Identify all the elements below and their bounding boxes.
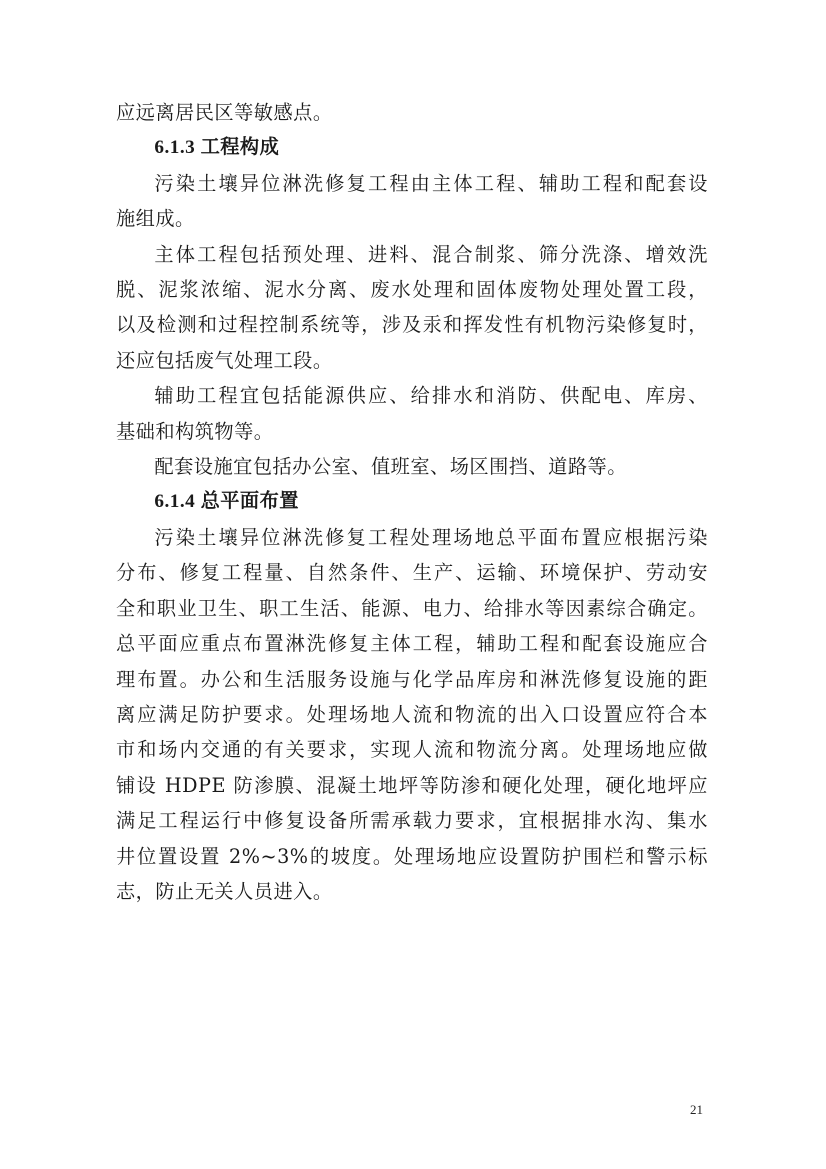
text-line: 以及检测和过程控制系统等，涉及汞和挥发性有机物污染修复时， — [116, 307, 708, 342]
page-number: 21 — [690, 1102, 703, 1118]
text-line: 总平面应重点布置淋洗修复主体工程，辅助工程和配套设施应合 — [116, 626, 708, 661]
paragraph-supporting-facilities: 配套设施宜包括办公室、值班室、场区围挡、道路等。 — [116, 449, 708, 484]
section-heading-6-1-4: 6.1.4 总平面布置 — [116, 484, 708, 519]
text-line: 施组成。 — [116, 201, 708, 236]
text-line: 污染土壤异位淋洗修复工程处理场地总平面布置应根据污染 — [116, 520, 708, 555]
text-line: 井位置设置 2%~3%的坡度。处理场地应设置防护围栏和警示标 — [116, 839, 708, 874]
text-line: 脱、泥浆浓缩、泥水分离、废水处理和固体废物处理处置工段， — [116, 272, 708, 307]
text-line: 离应满足防护要求。处理场地人流和物流的出入口设置应符合本 — [116, 697, 708, 732]
text-line: 市和场内交通的有关要求，实现人流和物流分离。处理场地应做 — [116, 732, 708, 767]
text-line: 污染土壤异位淋洗修复工程由主体工程、辅助工程和配套设 — [116, 166, 708, 201]
text-line: 分布、修复工程量、自然条件、生产、运输、环境保护、劳动安 — [116, 555, 708, 590]
paragraph-main-works: 主体工程包括预处理、进料、混合制浆、筛分洗涤、增效洗 脱、泥浆浓缩、泥水分离、废… — [116, 237, 708, 379]
text-line: 志，防止无关人员进入。 — [116, 874, 708, 909]
document-page: 应远离居民区等敏感点。 6.1.3 工程构成 污染土壤异位淋洗修复工程由主体工程… — [0, 0, 826, 1169]
text-line: 辅助工程宜包括能源供应、给排水和消防、供配电、库房、 — [116, 378, 708, 413]
text-line: 理布置。办公和生活服务设施与化学品库房和淋洗修复设施的距 — [116, 662, 708, 697]
text-line: 铺设 HDPE 防渗膜、混凝土地坪等防渗和硬化处理，硬化地坪应 — [116, 768, 708, 803]
text-line: 还应包括废气处理工段。 — [116, 343, 708, 378]
text-line: 满足工程运行中修复设备所需承载力要求，宜根据排水沟、集水 — [116, 803, 708, 838]
text-line: 配套设施宜包括办公室、值班室、场区围挡、道路等。 — [116, 449, 708, 484]
paragraph-continuation: 应远离居民区等敏感点。 — [116, 95, 708, 130]
section-heading-6-1-3: 6.1.3 工程构成 — [116, 130, 708, 165]
page-body: 应远离居民区等敏感点。 6.1.3 工程构成 污染土壤异位淋洗修复工程由主体工程… — [116, 95, 708, 909]
text-line: 主体工程包括预处理、进料、混合制浆、筛分洗涤、增效洗 — [116, 237, 708, 272]
paragraph-engineering-composition: 污染土壤异位淋洗修复工程由主体工程、辅助工程和配套设 施组成。 — [116, 166, 708, 237]
paragraph-general-layout: 污染土壤异位淋洗修复工程处理场地总平面布置应根据污染 分布、修复工程量、自然条件… — [116, 520, 708, 909]
paragraph-auxiliary-works: 辅助工程宜包括能源供应、给排水和消防、供配电、库房、 基础和构筑物等。 — [116, 378, 708, 449]
text-line: 基础和构筑物等。 — [116, 414, 708, 449]
text-line: 全和职业卫生、职工生活、能源、电力、给排水等因素综合确定。 — [116, 591, 708, 626]
